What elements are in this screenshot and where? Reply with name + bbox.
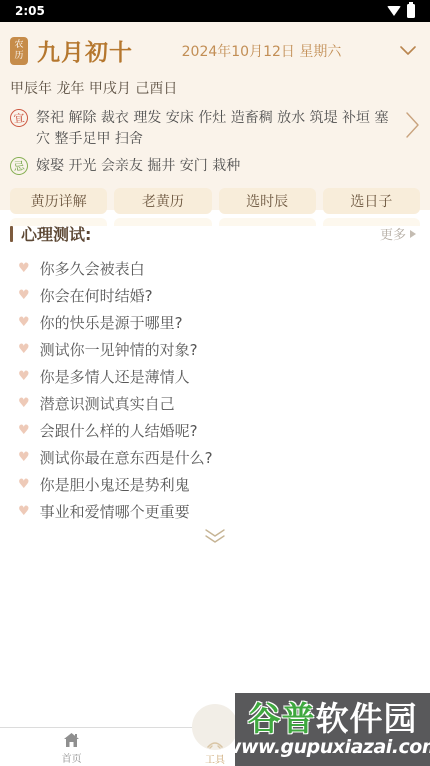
- nav-label-home: 首页: [62, 750, 82, 765]
- heart-icon: ♥: [18, 451, 30, 464]
- heart-icon: ♥: [18, 424, 30, 437]
- almanac-detail-button[interactable]: 黄历详解: [10, 188, 107, 214]
- ji-activities: 嫁娶 开光 会亲友 掘井 安门 栽种: [36, 156, 420, 177]
- expand-more-icon[interactable]: [10, 528, 420, 544]
- heart-icon: ♥: [18, 478, 30, 491]
- wifi-icon: [387, 6, 401, 16]
- ganzhi-line: 甲辰年 龙年 甲戌月 己酉日: [10, 78, 420, 98]
- pick-day-button[interactable]: 选日子: [323, 188, 420, 214]
- list-item[interactable]: ♥潜意识测试真实自己: [18, 394, 420, 412]
- heart-icon: ♥: [18, 370, 30, 383]
- list-item[interactable]: ♥你是胆小鬼还是势利鬼: [18, 475, 420, 493]
- more-link[interactable]: 更多: [380, 224, 416, 243]
- chevron-down-icon[interactable]: [400, 41, 416, 60]
- heart-icon: ♥: [18, 505, 30, 518]
- psych-test-list: ♥你多久会被表白 ♥你会在何时结婚? ♥你的快乐是源于哪里? ♥测试你一见钟情的…: [10, 259, 420, 520]
- home-icon: [63, 733, 80, 748]
- yi-row[interactable]: 宜 祭祀 解除 裁衣 理发 安床 作灶 造畜稠 放水 筑堤 补垣 塞穴 整手足甲…: [10, 108, 420, 150]
- list-item[interactable]: ♥你的快乐是源于哪里?: [18, 313, 420, 331]
- lunar-date-title: 九月初十: [37, 34, 133, 67]
- tools-icon: [206, 733, 224, 749]
- list-item[interactable]: ♥事业和爱情哪个更重要: [18, 502, 420, 520]
- heart-icon: ♥: [18, 262, 30, 275]
- watermark-brand: 谷普软件园: [248, 702, 418, 736]
- list-item[interactable]: ♥测试你最在意东西是什么?: [18, 448, 420, 466]
- almanac-section: 农 历 九月初十 2024年10月12日 星期六 甲辰年 龙年 甲戌月 己酉日 …: [0, 22, 430, 210]
- yi-stamp-icon: 宜: [9, 108, 29, 128]
- watermark-url: www.gupuxiazai.com: [235, 736, 430, 758]
- old-almanac-button[interactable]: 老黄历: [114, 188, 211, 214]
- heart-icon: ♥: [18, 343, 30, 356]
- title-accent-bar: [10, 226, 13, 242]
- date-header-row: 农 历 九月初十 2024年10月12日 星期六: [10, 34, 420, 67]
- heart-icon: ♥: [18, 316, 30, 329]
- app-screen: 2:05 农 历 九月初十 2024年10月12日 星期六 甲辰年 龙年 甲戌月…: [0, 0, 430, 766]
- heart-icon: ♥: [18, 397, 30, 410]
- clock: 2:05: [15, 4, 45, 18]
- list-item[interactable]: ♥你会在何时结婚?: [18, 286, 420, 304]
- heart-icon: ♥: [18, 289, 30, 302]
- nav-tab-home[interactable]: 首页: [0, 728, 143, 766]
- pick-hour-button[interactable]: 选时辰: [219, 188, 316, 214]
- lunar-calendar-badge: 农 历: [10, 37, 28, 65]
- chevron-right-icon[interactable]: [405, 111, 420, 143]
- status-bar: 2:05: [0, 0, 430, 22]
- list-item[interactable]: ♥会跟什么样的人结婚呢?: [18, 421, 420, 439]
- nav-label-tools: 工具: [205, 751, 225, 766]
- psych-test-section: 心理测试: 更多 ♥你多久会被表白 ♥你会在何时结婚? ♥你的快乐是源于哪里? …: [0, 210, 430, 544]
- yi-activities: 祭祀 解除 裁衣 理发 安床 作灶 造畜稠 放水 筑堤 补垣 塞穴 整手足甲 扫…: [36, 108, 401, 150]
- list-item[interactable]: ♥测试你一见钟情的对象?: [18, 340, 420, 358]
- status-icons: [387, 4, 415, 18]
- list-item[interactable]: ♥你多久会被表白: [18, 259, 420, 277]
- list-item[interactable]: ♥你是多情人还是薄情人: [18, 367, 420, 385]
- ji-row[interactable]: 忌 嫁娶 开光 会亲友 掘井 安门 栽种: [10, 156, 420, 177]
- battery-icon: [407, 4, 415, 18]
- watermark-overlay: 谷普软件园 www.gupuxiazai.com: [235, 693, 430, 766]
- more-arrow-icon: [410, 230, 416, 238]
- ji-stamp-icon: 忌: [9, 156, 29, 176]
- gregorian-date: 2024年10月12日 星期六: [133, 41, 400, 61]
